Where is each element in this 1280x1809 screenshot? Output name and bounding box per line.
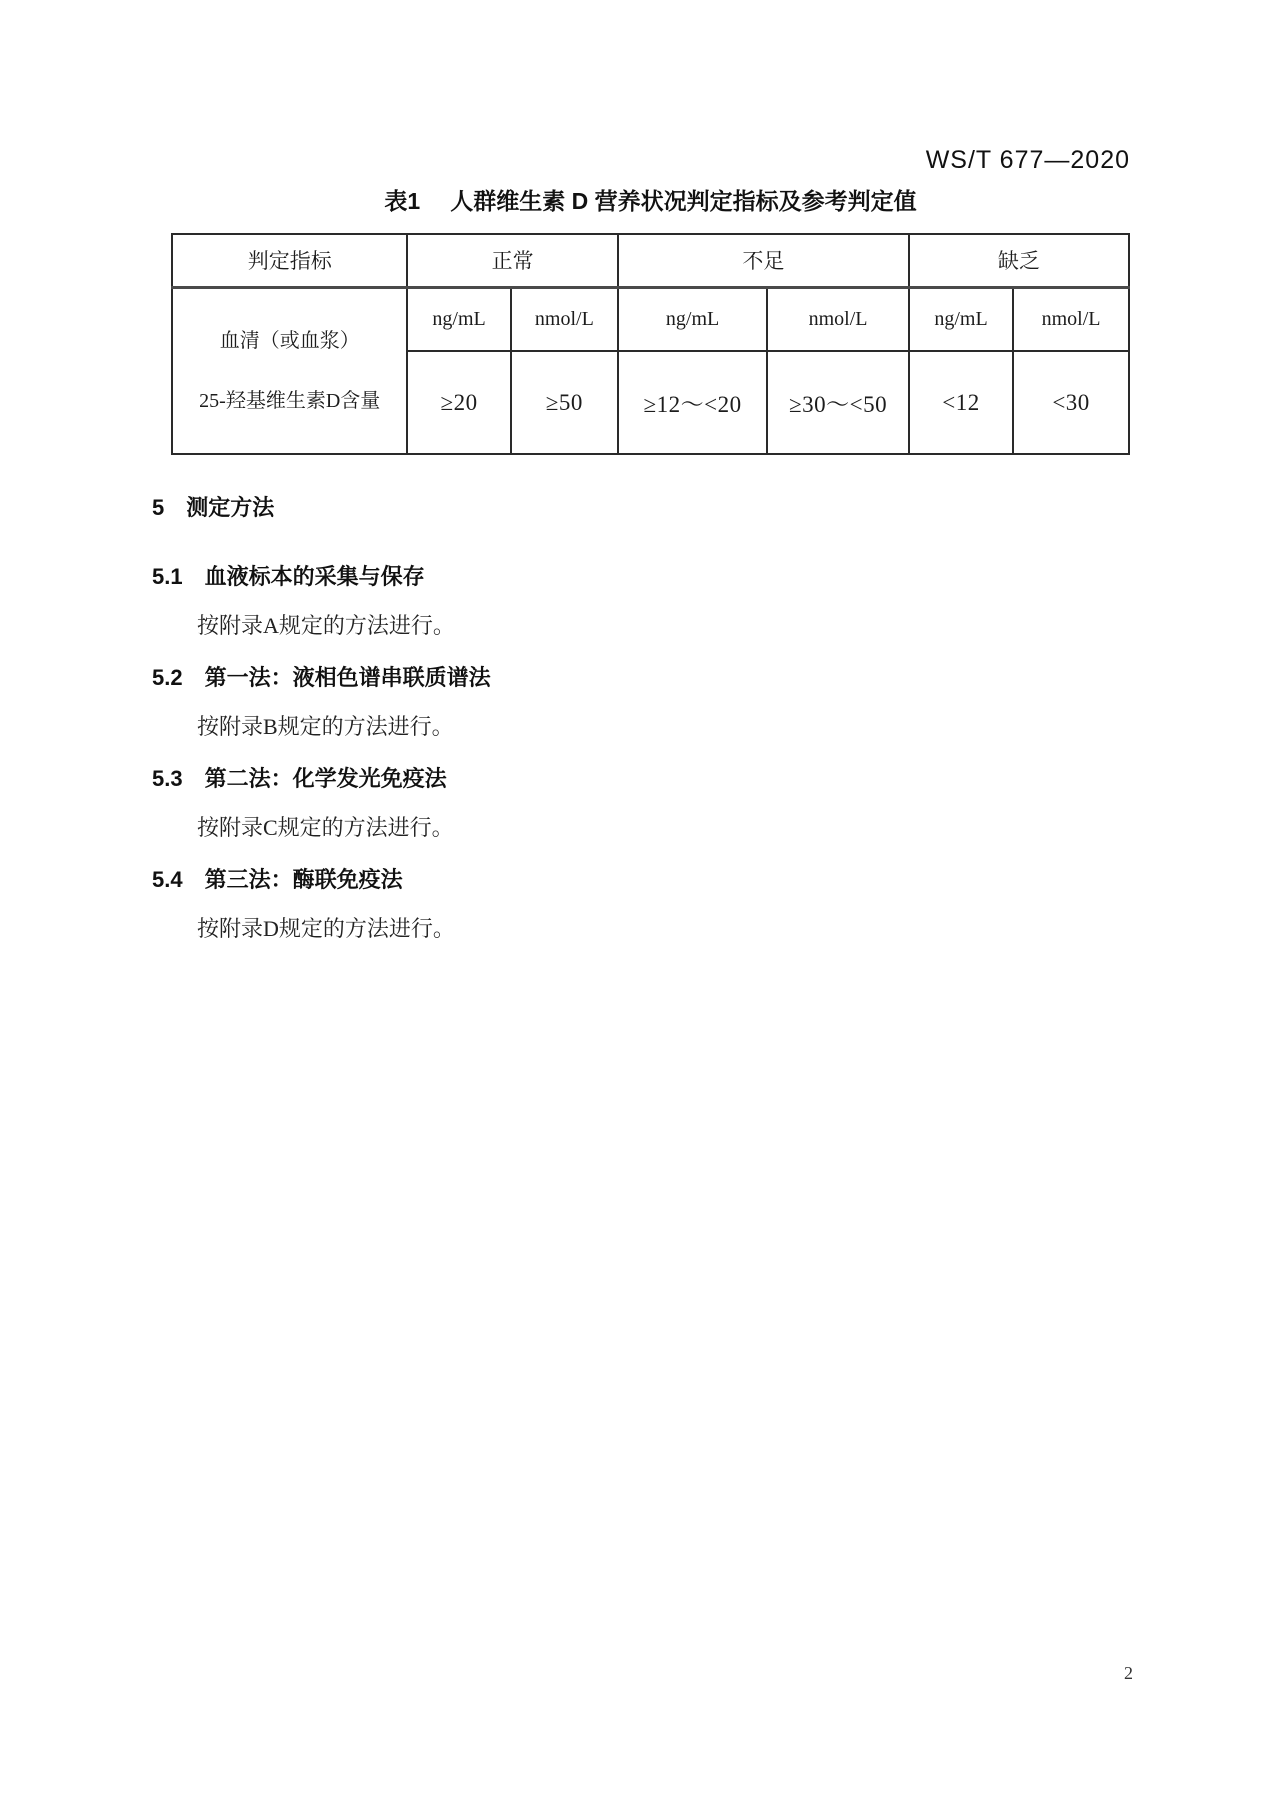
unit-cell-normal-ngml: ng/mL <box>407 287 510 351</box>
value-insufficient-nmoll: ≥30～<50 <box>767 351 909 454</box>
subsection-5-4-title: 第三法：酶联免疫法 <box>205 867 403 892</box>
subsection-5-2: 5.2第一法：液相色谱串联质谱法 按附录B规定的方法进行。 <box>152 663 1132 742</box>
subsection-5-4-number: 5.4 <box>152 865 183 895</box>
row-label-cell: 血清（或血浆） 25-羟基维生素D含量 <box>172 287 407 454</box>
row-label-line1: 血清（或血浆） <box>173 311 406 371</box>
page-number: 2 <box>1124 1663 1133 1684</box>
subsection-5-1-body: 按附录A规定的方法进行。 <box>152 611 1132 641</box>
subsection-5-1-title: 血液标本的采集与保存 <box>205 564 425 589</box>
subsection-5-4-body: 按附录D规定的方法进行。 <box>152 914 1132 944</box>
vitamin-d-reference-table: 判定指标 正常 不足 缺乏 血清（或血浆） 25-羟基维生素D含量 ng/mL … <box>171 233 1130 455</box>
col-header-normal: 正常 <box>407 234 618 287</box>
unit-cell-insufficient-nmoll: nmol/L <box>767 287 909 351</box>
subsection-5-4-heading: 5.4第三法：酶联免疫法 <box>152 865 1132 895</box>
table-title-text: 人群维生素 D 营养状况判定指标及参考判定值 <box>450 188 916 214</box>
value-insufficient-ngml: ≥12～<20 <box>618 351 767 454</box>
subsection-5-3-body: 按附录C规定的方法进行。 <box>152 813 1132 843</box>
subsection-5-3-heading: 5.3第二法：化学发光免疫法 <box>152 764 1132 794</box>
value-normal-nmoll: ≥50 <box>511 351 618 454</box>
col-header-deficient: 缺乏 <box>909 234 1129 287</box>
row-label-line2: 25-羟基维生素D含量 <box>173 371 406 431</box>
subsection-5-1: 5.1血液标本的采集与保存 按附录A规定的方法进行。 <box>152 562 1132 641</box>
value-normal-ngml: ≥20 <box>407 351 510 454</box>
value-deficient-nmoll: <30 <box>1013 351 1129 454</box>
section-5-heading: 5测定方法 <box>152 493 1132 523</box>
standard-number: WS/T 677—2020 <box>926 146 1130 175</box>
unit-cell-insufficient-ngml: ng/mL <box>618 287 767 351</box>
subsection-5-2-title: 第一法：液相色谱串联质谱法 <box>205 665 491 690</box>
subsection-5-2-number: 5.2 <box>152 663 183 693</box>
document-page: WS/T 677—2020 表1人群维生素 D 营养状况判定指标及参考判定值 判… <box>0 0 1280 1809</box>
unit-cell-deficient-nmoll: nmol/L <box>1013 287 1129 351</box>
section-5-title: 测定方法 <box>186 495 274 520</box>
subsection-5-2-body: 按附录B规定的方法进行。 <box>152 712 1132 742</box>
table-units-row: 血清（或血浆） 25-羟基维生素D含量 ng/mL nmol/L ng/mL n… <box>172 287 1129 351</box>
unit-cell-normal-nmoll: nmol/L <box>511 287 618 351</box>
subsection-5-4: 5.4第三法：酶联免疫法 按附录D规定的方法进行。 <box>152 865 1132 944</box>
section-5: 5测定方法 5.1血液标本的采集与保存 按附录A规定的方法进行。 5.2第一法：… <box>152 493 1132 966</box>
unit-cell-deficient-ngml: ng/mL <box>909 287 1013 351</box>
col-header-insufficient: 不足 <box>618 234 909 287</box>
subsection-5-3-number: 5.3 <box>152 764 183 794</box>
subsection-5-1-heading: 5.1血液标本的采集与保存 <box>152 562 1132 592</box>
table-title-prefix: 表1 <box>384 188 420 214</box>
value-deficient-ngml: <12 <box>909 351 1013 454</box>
table-title: 表1人群维生素 D 营养状况判定指标及参考判定值 <box>171 183 1130 216</box>
subsection-5-2-heading: 5.2第一法：液相色谱串联质谱法 <box>152 663 1132 693</box>
subsection-5-1-number: 5.1 <box>152 562 183 592</box>
section-5-number: 5 <box>152 493 164 523</box>
subsection-5-3: 5.3第二法：化学发光免疫法 按附录C规定的方法进行。 <box>152 764 1132 843</box>
subsection-5-3-title: 第二法：化学发光免疫法 <box>205 766 447 791</box>
table-header-row: 判定指标 正常 不足 缺乏 <box>172 234 1129 287</box>
col-header-indicator: 判定指标 <box>172 234 407 287</box>
